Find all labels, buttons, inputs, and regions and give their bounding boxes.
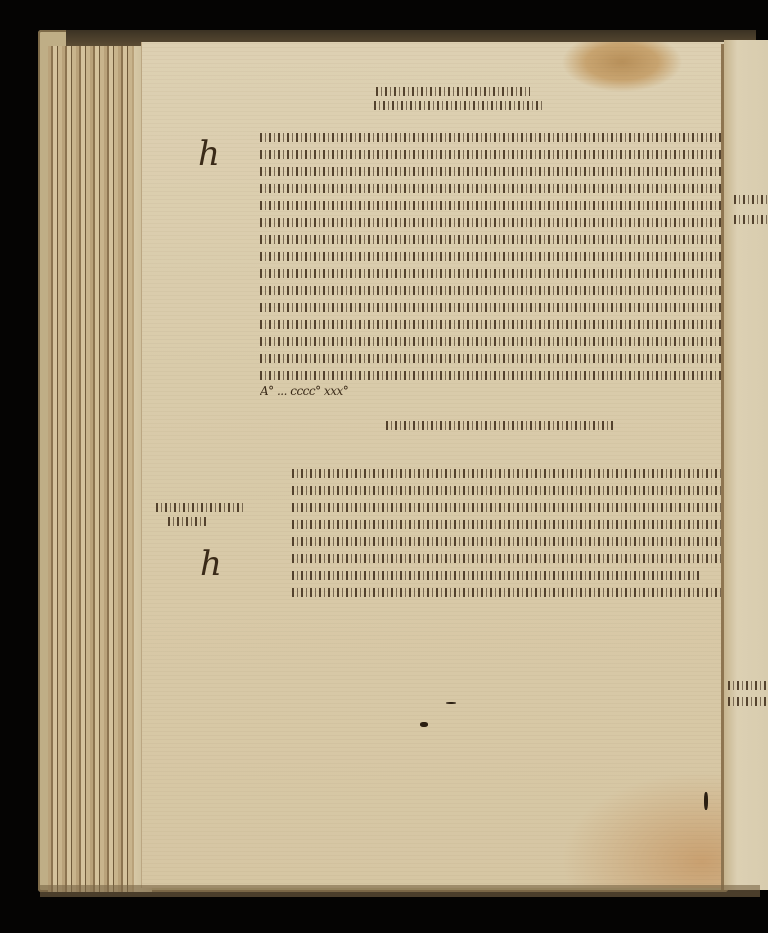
bound-book: h A° ... cccc° xxx° h — [38, 30, 768, 898]
entry1-line — [260, 298, 724, 316]
entry2-heading — [386, 416, 616, 434]
entry1-line — [260, 349, 724, 367]
entry2-line — [292, 481, 722, 499]
entry1-line — [260, 145, 724, 163]
entry2-line — [292, 498, 722, 516]
entry1-line — [260, 315, 724, 333]
entry1-line — [260, 196, 724, 214]
entry2-line — [292, 583, 722, 601]
ink-spot — [446, 702, 456, 704]
entry2-line — [292, 566, 702, 584]
entry1-line — [260, 247, 724, 265]
entry1-heading-line-2 — [374, 96, 544, 114]
margin-mark-h-2: h — [200, 544, 222, 584]
manuscript-page: h A° ... cccc° xxx° h — [141, 42, 724, 888]
entry2-line — [292, 532, 722, 550]
entry1-line — [260, 179, 724, 197]
entry1-line — [260, 332, 724, 350]
page-edges — [48, 46, 136, 892]
entry1-line — [260, 213, 724, 231]
entry1-line — [260, 162, 724, 180]
entry2-margin-note-2 — [168, 512, 208, 530]
entry2-line — [292, 464, 722, 482]
margin-mark-h-1: h — [198, 134, 220, 174]
entry1-line — [260, 128, 724, 146]
bottom-page-edge — [40, 885, 760, 897]
facing-fragment — [728, 692, 768, 710]
ink-spot — [420, 722, 428, 727]
entry1-closing-line: A° ... cccc° xxx° — [260, 384, 410, 402]
facing-page — [724, 40, 768, 890]
entry1-line — [260, 264, 724, 282]
entry2-line — [292, 549, 722, 567]
facing-fragment — [734, 210, 768, 228]
entry1-line — [260, 281, 724, 299]
entry1-line — [260, 230, 724, 248]
facing-fragment — [734, 190, 768, 208]
entry1-line — [260, 366, 724, 384]
ink-spot — [704, 792, 708, 810]
entry2-line — [292, 515, 722, 533]
